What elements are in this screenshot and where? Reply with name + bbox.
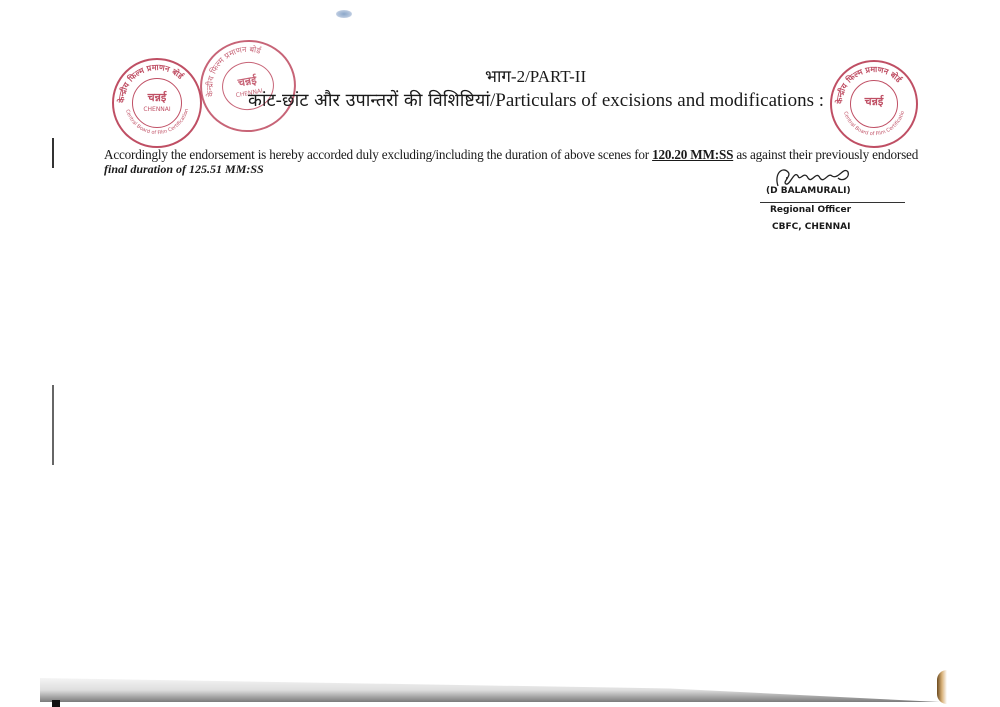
stamp-center-hindi: चन्नई	[114, 90, 200, 105]
cbfc-seal-stamp: केन्द्रीय फिल्म प्रमाणन बोर्ड चन्नई CHEN…	[193, 32, 304, 139]
cbfc-seal-stamp: केन्द्रीय फिल्म प्रमाणन बोर्ड Central Bo…	[112, 58, 202, 148]
signatory-designation: Regional Officer	[770, 205, 851, 215]
scan-artifact	[336, 10, 352, 18]
cbfc-seal-stamp: केन्द्रीय फिल्म प्रमाणन बोर्ड Central Bo…	[830, 60, 918, 148]
scan-edge-mark	[52, 138, 54, 168]
endorsement-statement: Accordingly the endorsement is hereby ac…	[104, 147, 918, 163]
page-fold-shadow	[40, 672, 940, 702]
endorsement-text-before: Accordingly the endorsement is hereby ac…	[104, 147, 649, 162]
section-heading: कांट-छांट और उपान्तरों की विशिष्टियां/Pa…	[248, 88, 824, 112]
stamp-center-english: CHENNAI	[114, 106, 200, 113]
stamp-center-hindi: चन्नई	[832, 94, 916, 109]
section-heading-english: Particulars of excisions and modificatio…	[495, 90, 824, 111]
part-title: भाग-2/PART-II	[485, 64, 586, 87]
endorsement-text-after: as against their previously endorsed	[736, 147, 918, 162]
section-heading-hindi: कांट-छांट और उपान्तरों की विशिष्टियां	[248, 90, 490, 111]
binder-clip	[937, 670, 947, 704]
signatory-office: CBFC, CHENNAI	[772, 222, 850, 232]
new-duration: 120.20 MM:SS	[652, 147, 733, 162]
signatory-name: (D BALAMURALI)	[766, 186, 851, 196]
signature-rule	[760, 202, 905, 203]
final-duration-line: final duration of 125.51 MM:SS	[104, 162, 264, 177]
scan-edge-mark	[52, 700, 60, 707]
scan-edge-mark	[52, 385, 54, 465]
